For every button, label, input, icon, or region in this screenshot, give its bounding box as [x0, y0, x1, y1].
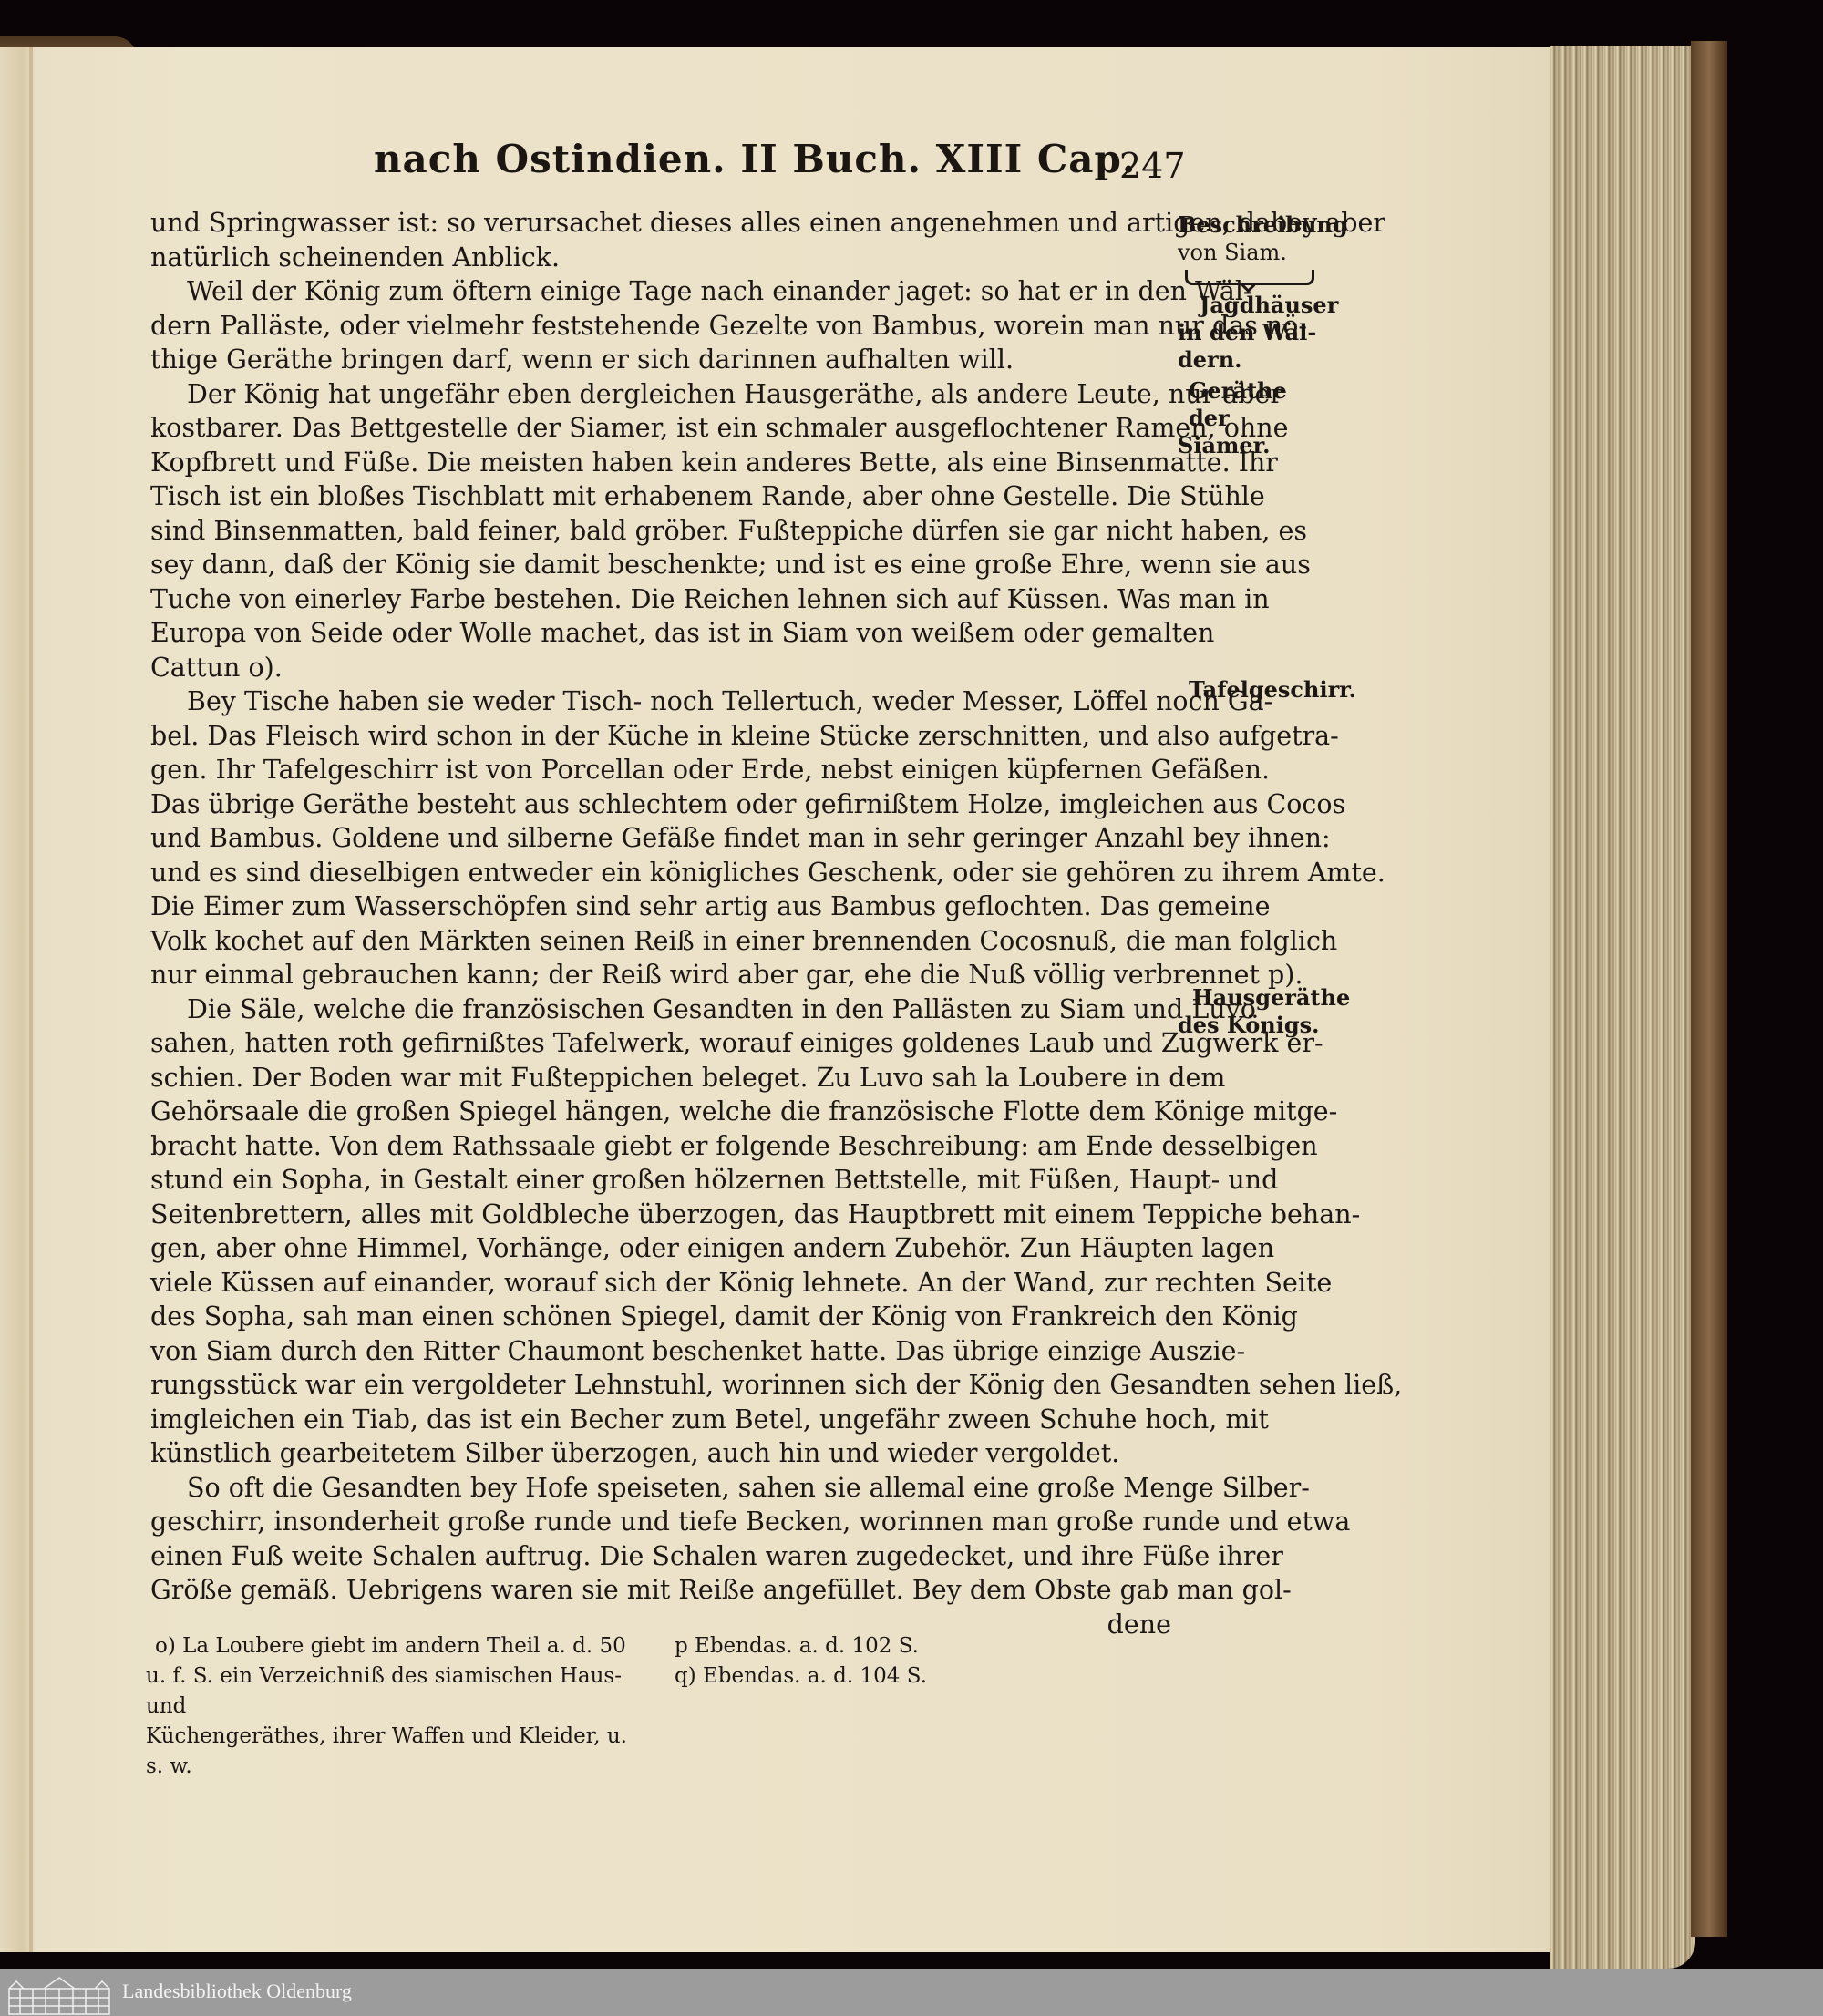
marginal-note-line: in den Wäl-: [1178, 319, 1323, 346]
text-line: und Springwasser ist: so verursachet die…: [150, 206, 1171, 241]
footnotes-pq: p Ebendas. a. d. 102 S. q) Ebendas. a. d…: [675, 1631, 1039, 1692]
footnote-line: Küchengeräthes, ihrer Waffen und Kleider…: [146, 1722, 638, 1782]
footnote-line: o) La Loubere giebt im andern Theil a. d…: [146, 1631, 638, 1661]
text-line: gen. Ihr Tafelgeschirr ist von Porcellan…: [150, 753, 1171, 787]
text-line: Tuche von einerley Farbe bestehen. Die R…: [150, 582, 1171, 617]
text-line: sind Binsenmatten, bald feiner, bald grö…: [150, 514, 1171, 549]
text-line: Weil der König zum öftern einige Tage na…: [150, 274, 1171, 309]
marginal-note-line: des Königs.: [1178, 1012, 1323, 1039]
text-line: Die Säle, welche die französischen Gesan…: [150, 993, 1171, 1027]
text-line: und es sind dieselbigen entweder ein kön…: [150, 856, 1171, 890]
text-line: Das übrige Geräthe besteht aus schlechte…: [150, 787, 1171, 822]
book-cover-edge-right: [1691, 41, 1727, 1937]
main-text-block: und Springwasser ist: so verursachet die…: [150, 206, 1171, 1641]
marginal-note-line: Beschreibung: [1178, 211, 1323, 239]
text-line: künstlich gearbeitetem Silber überzogen,…: [150, 1436, 1171, 1471]
text-line: nur einmal gebrauchen kann; der Reiß wir…: [150, 958, 1171, 993]
text-line: Die Eimer zum Wasserschöpfen sind sehr a…: [150, 890, 1171, 924]
library-name: Landesbibliothek Oldenburg: [122, 1980, 352, 2003]
text-line: Seitenbrettern, alles mit Goldbleche übe…: [150, 1198, 1171, 1232]
text-line: thige Geräthe bringen darf, wenn er sich…: [150, 343, 1171, 377]
text-line: Bey Tische haben sie weder Tisch- noch T…: [150, 684, 1171, 719]
text-line: rungsstück war ein vergoldeter Lehnstuhl…: [150, 1368, 1171, 1403]
footnote-q: q) Ebendas. a. d. 104 S.: [675, 1661, 1039, 1692]
text-line: viele Küssen auf einander, worauf sich d…: [150, 1266, 1171, 1301]
marginal-note-hausgeraethe: Hausgeräthe des Königs.: [1178, 984, 1323, 1039]
text-line: des Sopha, sah man einen schönen Spiegel…: [150, 1300, 1171, 1334]
text-line: bel. Das Fleisch wird schon in der Küche…: [150, 719, 1171, 754]
text-line: dern Palläste, oder vielmehr feststehend…: [150, 309, 1171, 344]
text-line: stund ein Sopha, in Gestalt einer großen…: [150, 1163, 1171, 1198]
marginal-note-jagdhaeuser: Jagdhäuser in den Wäl- dern.: [1178, 292, 1323, 374]
text-line: und Bambus. Goldene und silberne Gefäße …: [150, 821, 1171, 856]
page-gutter: [29, 47, 33, 1952]
marginal-note-line: Siamer.: [1178, 432, 1323, 459]
marginal-note-tafelgeschirr: Tafelgeschirr.: [1178, 676, 1323, 704]
marginal-note-geraethe: Geräthe der Siamer.: [1178, 377, 1323, 459]
library-footer: Landesbibliothek Oldenburg: [0, 1969, 1823, 2016]
footnote-p: p Ebendas. a. d. 102 S.: [675, 1631, 1039, 1661]
text-line: gen, aber ohne Himmel, Vorhänge, oder ei…: [150, 1231, 1171, 1266]
footnote-line: u. f. S. ein Verzeichniß des siamischen …: [146, 1661, 638, 1722]
page-fore-edge: [1550, 46, 1695, 1969]
text-line: geschirr, insonderheit große runde und t…: [150, 1505, 1171, 1539]
marginal-note-line: Jagdhäuser: [1178, 292, 1323, 319]
marginal-note-line: Hausgeräthe: [1178, 984, 1323, 1012]
library-building-logo-icon: [7, 1976, 111, 2016]
text-line: Tisch ist ein bloßes Tischblatt mit erha…: [150, 479, 1171, 514]
text-line: von Siam durch den Ritter Chaumont besch…: [150, 1334, 1171, 1369]
marginal-note-line: Tafelgeschirr.: [1178, 676, 1323, 704]
marginal-note-line: von Siam.: [1178, 239, 1323, 266]
text-line: sey dann, daß der König sie damit besche…: [150, 548, 1171, 582]
text-line: einen Fuß weite Schalen auftrug. Die Sch…: [150, 1539, 1171, 1574]
text-line: kostbarer. Das Bettgestelle der Siamer, …: [150, 411, 1171, 446]
text-line: natürlich scheinenden Anblick.: [150, 241, 1171, 275]
text-line: Kopfbrett und Füße. Die meisten haben ke…: [150, 446, 1171, 480]
page-number: 247: [1119, 146, 1186, 186]
text-line: Europa von Seide oder Wolle machet, das …: [150, 616, 1171, 651]
text-line: imgleichen ein Tiab, das ist ein Becher …: [150, 1403, 1171, 1437]
text-line: So oft die Gesandten bey Hofe speiseten,…: [150, 1471, 1171, 1506]
text-line: sahen, hatten roth gefirnißtes Tafelwerk…: [150, 1026, 1171, 1061]
text-line: Volk kochet auf den Märkten seinen Reiß …: [150, 924, 1171, 959]
running-head: nach Ostindien. II Buch. XIII Cap.: [374, 137, 1176, 191]
marginal-note-beschreibung: Beschreibung von Siam.: [1178, 211, 1323, 266]
text-line: Cattun o).: [150, 651, 1171, 685]
text-line: schien. Der Boden war mit Fußteppichen b…: [150, 1061, 1171, 1095]
text-line: Gehörsaale die großen Spiegel hängen, we…: [150, 1095, 1171, 1129]
footnote-o: o) La Loubere giebt im andern Theil a. d…: [146, 1631, 638, 1782]
marginal-note-line: dern.: [1178, 346, 1323, 374]
text-line: Der König hat ungefähr eben dergleichen …: [150, 377, 1171, 412]
marginal-note-line: Geräthe der: [1178, 377, 1323, 432]
text-line: bracht hatte. Von dem Rathssaale giebt e…: [150, 1129, 1171, 1164]
text-line: Größe gemäß. Uebrigens waren sie mit Rei…: [150, 1573, 1171, 1608]
